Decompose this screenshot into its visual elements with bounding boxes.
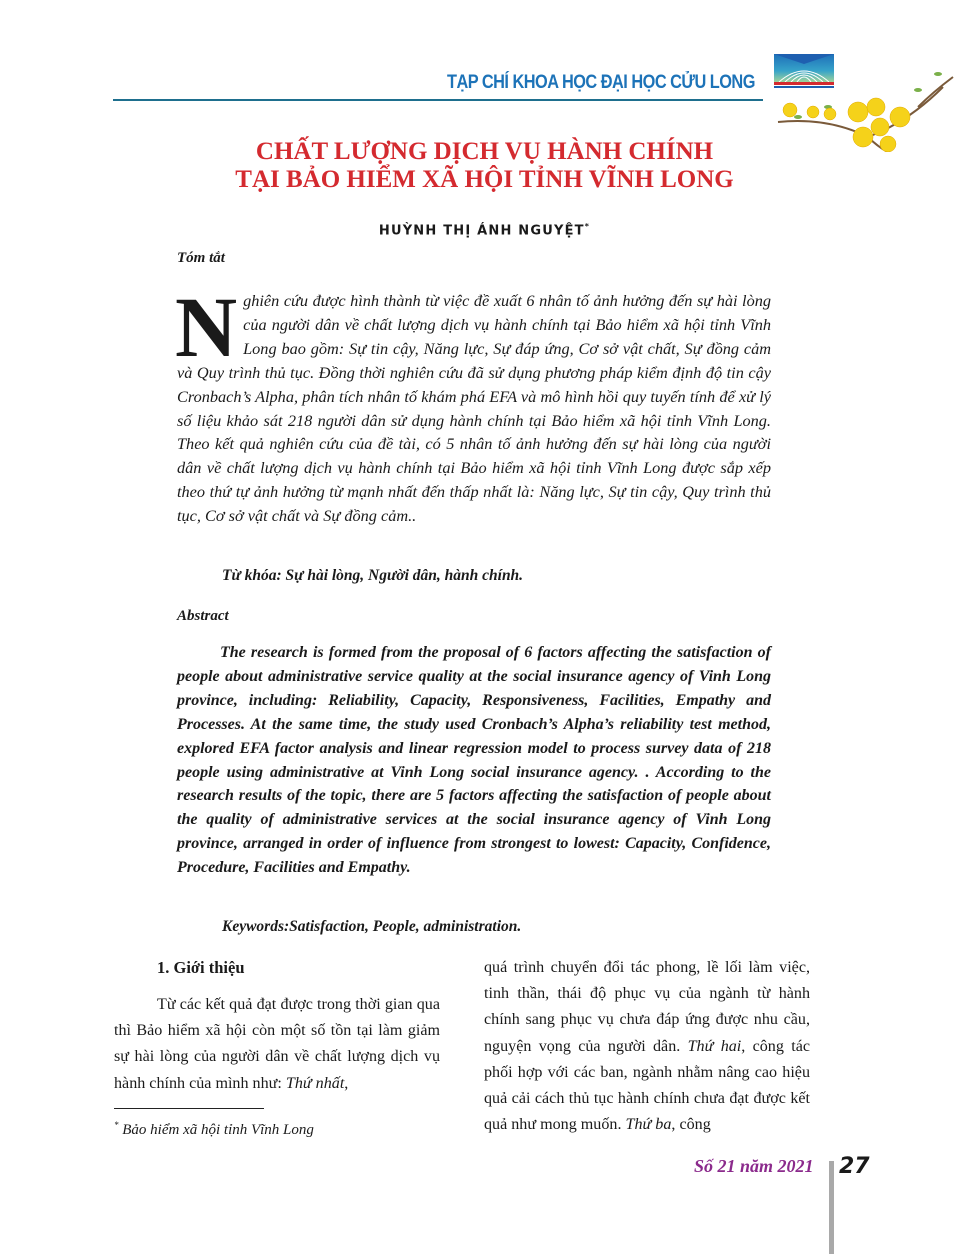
abstract-label: Abstract bbox=[177, 608, 229, 625]
footnote-mark: * bbox=[114, 1120, 119, 1130]
body-emphasis: Thứ nhất bbox=[286, 1075, 344, 1092]
page-number: 27 bbox=[839, 1154, 870, 1179]
body-column-left: Từ các kết quả đạt được trong thời gian … bbox=[114, 992, 440, 1097]
article-title-line1: CHẤT LƯỢNG DỊCH VỤ HÀNH CHÍNH bbox=[0, 137, 969, 167]
journal-title: TẠP CHÍ KHOA HỌC ĐẠI HỌC CỬU LONG bbox=[447, 72, 755, 94]
header-divider bbox=[113, 99, 763, 101]
article-title-line2: TẠI BẢO HIỂM XÃ HỘI TỈNH VĨNH LONG bbox=[0, 165, 969, 195]
footnote: * Bảo hiểm xã hội tỉnh Vĩnh Long bbox=[114, 1120, 314, 1139]
body-text: , công bbox=[671, 1116, 710, 1133]
body-emphasis: Thứ hai bbox=[688, 1038, 742, 1055]
abstract-en-text: The research is formed from the proposal… bbox=[177, 641, 771, 880]
section-heading-introduction: 1. Giới thiệu bbox=[157, 958, 245, 978]
footnote-text: Bảo hiểm xã hội tỉnh Vĩnh Long bbox=[122, 1122, 314, 1138]
keywords-vn: Từ khóa: Sự hài lòng, Người dân, hành ch… bbox=[222, 567, 523, 585]
body-paragraph: Từ các kết quả đạt được trong thời gian … bbox=[114, 992, 440, 1097]
footer-bar bbox=[829, 1161, 834, 1254]
keywords-en: Keywords:Satisfaction, People, administr… bbox=[222, 918, 521, 936]
author-footnote-mark: * bbox=[585, 222, 590, 231]
author-text: HUỲNH THỊ ÁNH NGUYỆT bbox=[379, 223, 585, 238]
body-emphasis: Thứ ba bbox=[626, 1116, 672, 1133]
body-column-right: quá trình chuyển đổi tác phong, lề lối l… bbox=[484, 955, 810, 1138]
body-text: , bbox=[344, 1075, 348, 1092]
body-text: Từ các kết quả đạt được trong thời gian … bbox=[114, 996, 440, 1092]
summary-vn-text: Nghiên cứu được hình thành từ việc đề xu… bbox=[177, 289, 771, 528]
drop-cap: N bbox=[175, 295, 237, 359]
footnote-divider bbox=[114, 1108, 264, 1109]
author-name: HUỲNH THỊ ÁNH NGUYỆT* bbox=[0, 222, 969, 238]
issue-label: Số 21 năm 2021 bbox=[694, 1156, 814, 1177]
summary-vn-body: ghiên cứu được hình thành từ việc đề xuấ… bbox=[177, 291, 771, 525]
body-paragraph: quá trình chuyển đổi tác phong, lề lối l… bbox=[484, 955, 810, 1138]
summary-label: Tóm tắt bbox=[177, 250, 225, 267]
